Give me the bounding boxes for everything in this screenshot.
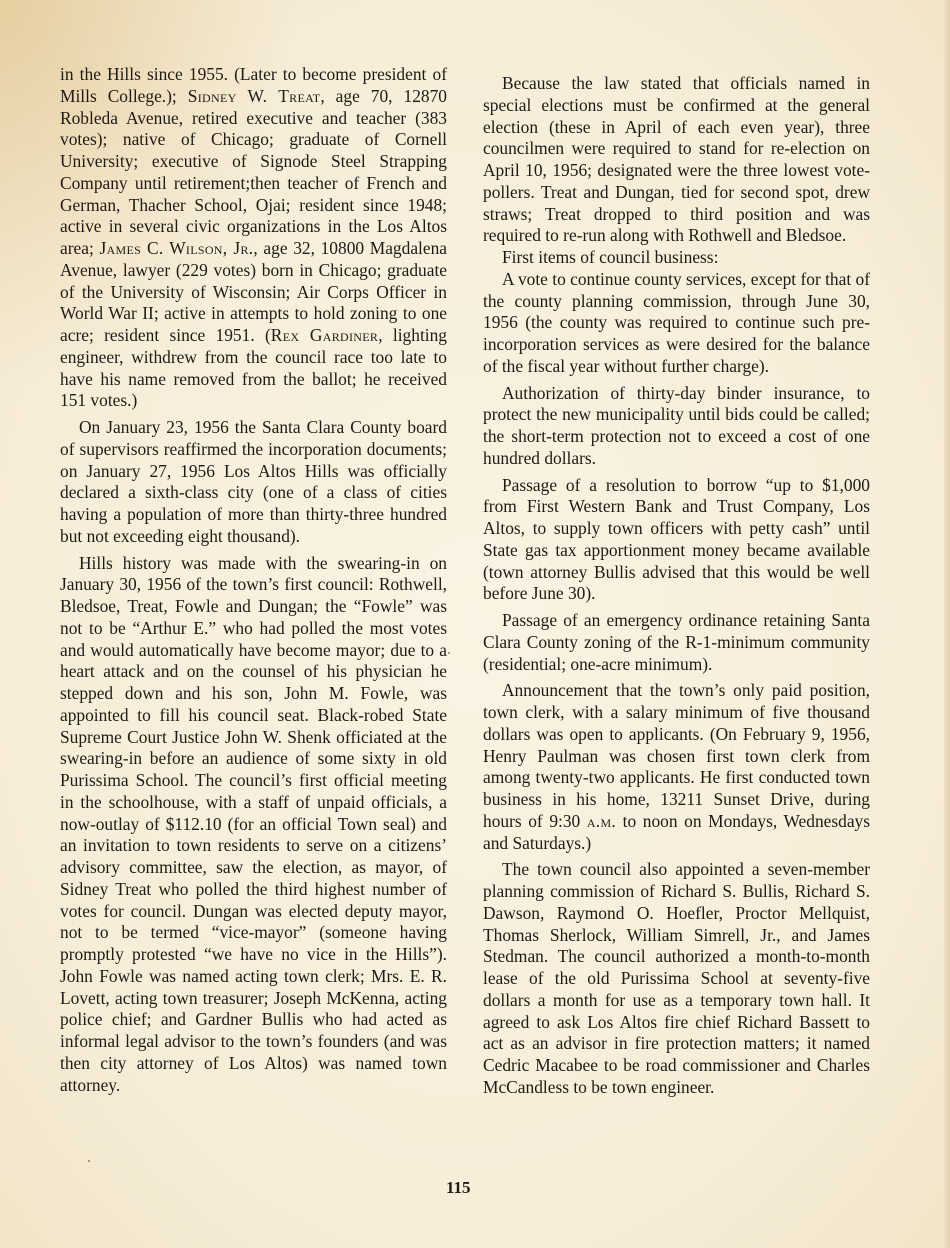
text-segment: , age 70, 12870 Robleda Avenue, retired … bbox=[60, 86, 447, 258]
text-segment: On January 23, 1956 the Santa Clara Coun… bbox=[60, 417, 447, 546]
name-rex-gardiner: Rex Gardiner bbox=[271, 325, 378, 345]
name-sidney-treat: Sidney W. Treat bbox=[188, 86, 321, 106]
right-column: Because the law stated that officials na… bbox=[483, 73, 870, 1099]
paper-speck bbox=[448, 652, 450, 654]
paragraph-county-services: A vote to continue county services, exce… bbox=[483, 269, 870, 378]
paper-speck bbox=[88, 1160, 90, 1162]
paragraph-swearing-in: Hills history was made with the swearing… bbox=[60, 553, 447, 1097]
left-column: in the Hills since 1955. (Later to becom… bbox=[60, 64, 447, 1096]
paragraph-re-election: Because the law stated that officials na… bbox=[483, 73, 870, 247]
page-number: 115 bbox=[446, 1178, 471, 1198]
paragraph-planning-commission: The town council also appointed a seven-… bbox=[483, 859, 870, 1098]
name-james-wilson: James C. Wilson, Jr. bbox=[99, 238, 253, 258]
time-am: a.m. bbox=[587, 811, 616, 831]
paragraph-council-business-heading: First items of council business: bbox=[483, 247, 870, 269]
paragraph-candidates: in the Hills since 1955. (Later to becom… bbox=[60, 64, 447, 412]
paragraph-incorporation: On January 23, 1956 the Santa Clara Coun… bbox=[60, 417, 447, 548]
text-segment: Announcement that the town’s only paid p… bbox=[483, 680, 870, 831]
paragraph-petty-cash: Passage of a resolution to borrow “up to… bbox=[483, 475, 870, 606]
paragraph-town-clerk: Announcement that the town’s only paid p… bbox=[483, 680, 870, 854]
paragraph-binder-insurance: Authorization of thirty-day binder insur… bbox=[483, 383, 870, 470]
page-edge-shadow bbox=[944, 0, 950, 1248]
paragraph-emergency-ordinance: Passage of an emergency ordinance retain… bbox=[483, 610, 870, 675]
text-segment: Hills history was made with the swearing… bbox=[60, 553, 447, 1095]
